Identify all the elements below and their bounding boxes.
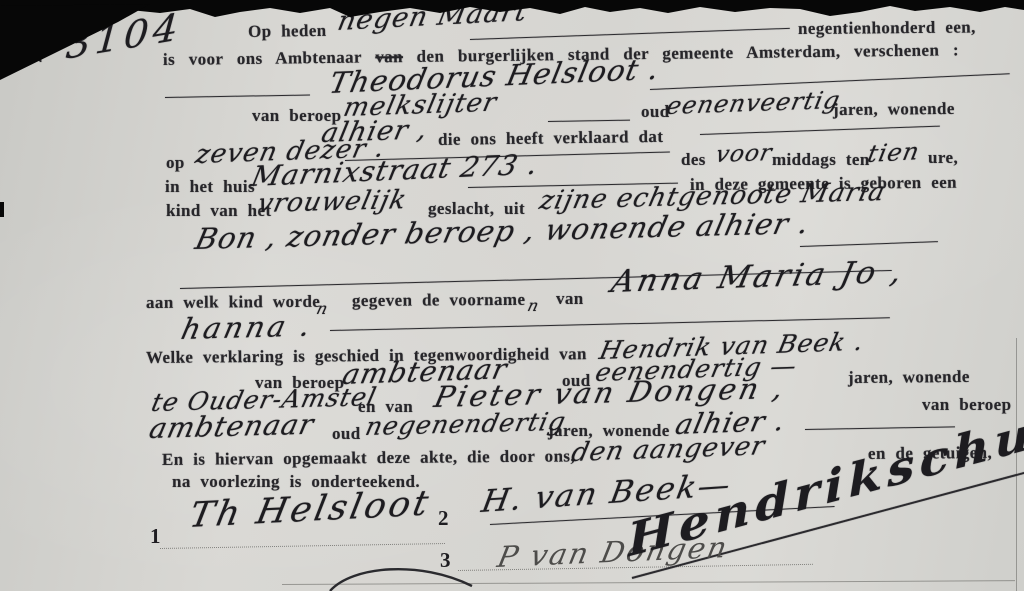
printed-registrar-a: is voor ons Ambtenaar bbox=[163, 48, 362, 69]
ruled-line bbox=[700, 126, 940, 135]
printed-oud-3: oud bbox=[332, 424, 361, 444]
signature-number-2: 2 bbox=[438, 506, 449, 531]
printed-gegeven-voorname: gegeven de voorname bbox=[352, 290, 526, 311]
act-number-label-n: N bbox=[25, 42, 45, 69]
printed-des: des bbox=[681, 150, 706, 170]
signature-baseline bbox=[160, 543, 445, 549]
ruled-line bbox=[165, 94, 310, 98]
ruled-line bbox=[805, 426, 955, 430]
printed-en-is-hiervan: En is hiervan opgemaakt deze akte, die d… bbox=[162, 446, 575, 470]
entry-date: negen Maart bbox=[335, 0, 530, 37]
inserted-n-2: n bbox=[526, 296, 542, 315]
act-number-label: No. bbox=[25, 40, 55, 70]
entry-aangever: den aangever bbox=[569, 431, 768, 468]
printed-ure: ure, bbox=[928, 148, 958, 168]
printed-van-beroep-3: van beroep bbox=[922, 395, 1011, 415]
printed-verklaard: die ons heeft verklaard dat bbox=[438, 127, 664, 150]
ruled-line bbox=[800, 241, 938, 247]
entry-witness2-age: negenendertig bbox=[363, 407, 569, 441]
printed-jaren-wonende-1: jaren, wonende bbox=[833, 99, 955, 120]
entry-daypart: voor bbox=[713, 140, 775, 168]
entry-witness2-occupation: ambtenaar bbox=[146, 408, 317, 445]
paper-fold-line bbox=[1016, 338, 1017, 591]
ruled-line bbox=[470, 28, 790, 40]
signature-number-3: 3 bbox=[440, 548, 451, 573]
printed-year: negentienhonderd een, bbox=[798, 17, 976, 39]
printed-op-heden: Op heden bbox=[248, 21, 327, 42]
bottom-edge-line bbox=[282, 580, 1015, 585]
printed-op: op bbox=[166, 153, 185, 173]
birth-certificate-scan: No. 3104 Op heden negen Maart negentienh… bbox=[0, 0, 1024, 591]
printed-jaren-wonende-2: jaren, wonende bbox=[848, 367, 970, 388]
cutoff-signature-stroke bbox=[330, 569, 472, 591]
printed-van-2: van bbox=[556, 289, 584, 309]
ruled-line bbox=[548, 120, 630, 122]
entry-child-names-2: hanna . bbox=[178, 309, 316, 346]
entry-age-declarant: eenenveertig bbox=[664, 86, 843, 120]
act-number-label-sup: o. bbox=[43, 40, 55, 56]
printed-in-het-huis: in het huis bbox=[165, 177, 255, 197]
entry-birth-hour: tien bbox=[865, 137, 922, 168]
entry-child-names-1: Anna Maria Jo , bbox=[608, 254, 908, 300]
printed-middags-ten: middags ten bbox=[772, 150, 870, 170]
signature-number-1: 1 bbox=[150, 524, 161, 549]
entry-gender: vrouwelijk bbox=[255, 185, 410, 219]
